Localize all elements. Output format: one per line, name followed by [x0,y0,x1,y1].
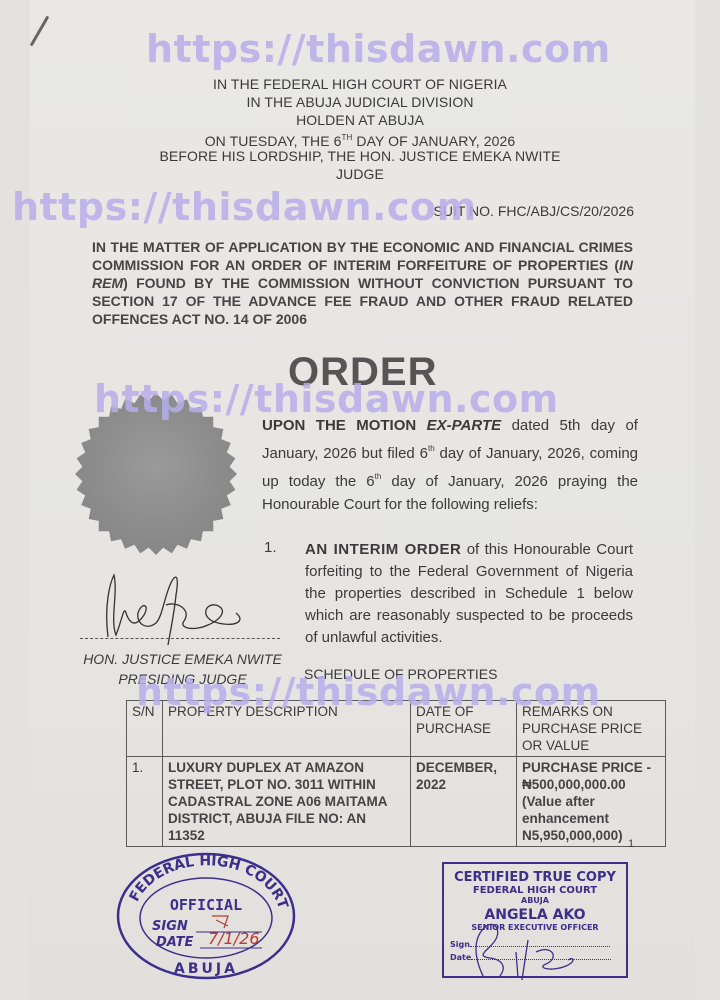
cell-description: LUXURY DUPLEX AT AMAZON STREET, PLOT NO.… [163,757,411,847]
judge-signature-icon [96,565,266,645]
motion-sup-1: th [428,444,435,453]
svg-text:ABUJA: ABUJA [174,961,238,977]
order-heading: ORDER [288,350,437,395]
col-description: PROPERTY DESCRIPTION [163,701,411,757]
svg-text:7/1/26: 7/1/26 [208,929,260,948]
court-name: IN THE FEDERAL HIGH COURT OF NIGERIA [0,75,720,93]
cell-sn: 1. [127,757,163,847]
matter-text-a: IN THE MATTER OF APPLICATION BY THE ECON… [92,239,633,273]
col-date: DATE OF PURCHASE [411,701,517,757]
remarks-price: PURCHASE PRICE - ₦500,000,000.00 [522,760,651,792]
relief-bold: AN INTERIM ORDER [305,541,461,558]
svg-text:SIGN: SIGN [152,919,188,934]
relief-number: 1. [264,539,277,556]
judge-label: JUDGE [0,165,720,183]
signature-line [80,638,280,639]
table-header-row: S/N PROPERTY DESCRIPTION DATE OF PURCHAS… [127,701,666,757]
ctc-court: FEDERAL HIGH COURT [444,885,626,896]
remarks-value: (Value after enhancement N5,950,000,000) [522,794,623,843]
schedule-title: SCHEDULE OF PROPERTIES [304,666,497,682]
col-remarks: REMARKS ON PURCHASE PRICE OR VALUE [517,701,666,757]
suit-number: SUIT NO. FHC/ABJ/CS/20/2026 [434,203,634,219]
cell-remarks: PURCHASE PRICE - ₦500,000,000.00 (Value … [517,757,666,847]
schedule-table: S/N PROPERTY DESCRIPTION DATE OF PURCHAS… [126,700,666,847]
table-row: 1. LUXURY DUPLEX AT AMAZON STREET, PLOT … [127,757,666,847]
signatory-block: HON. JUSTICE EMEKA NWITE PRESIDING JUDGE [80,649,285,689]
cell-date: DECEMBER, 2022 [411,757,517,847]
motion-paragraph: UPON THE MOTION EX-PARTE dated 5th day o… [262,414,638,516]
matter-text-b: ) FOUND BY THE COMMISSION WITHOUT CONVIC… [92,275,633,327]
matter-title: IN THE MATTER OF APPLICATION BY THE ECON… [92,238,633,328]
page-number: 1 [628,838,634,850]
signatory-title: PRESIDING JUDGE [80,669,285,689]
ctc-title: CERTIFIED TRUE COPY [444,870,626,885]
official-stamp-icon: FEDERAL HIGH COURT OFFICIAL SIGN DATE 7/… [112,848,297,983]
svg-text:OFFICIAL: OFFICIAL [170,896,242,914]
signatory-name: HON. JUSTICE EMEKA NWITE [80,649,285,669]
svg-text:DATE: DATE [156,935,193,950]
judicial-division: IN THE ABUJA JUDICIAL DIVISION [0,93,720,111]
motion-lead: UPON THE MOTION [262,417,427,434]
court-seal-icon [74,392,238,556]
col-sn: S/N [127,701,163,757]
hearing-date-sup: TH [342,133,353,142]
before-judge: BEFORE HIS LORDSHIP, THE HON. JUSTICE EM… [0,147,720,165]
motion-lead-italic: EX-PARTE [427,417,501,434]
ctc-location: ABUJA [444,896,626,905]
relief-paragraph: AN INTERIM ORDER of this Honourable Cour… [305,539,633,649]
holden-at: HOLDEN AT ABUJA [0,111,720,129]
ctc-signature-icon [456,918,596,983]
